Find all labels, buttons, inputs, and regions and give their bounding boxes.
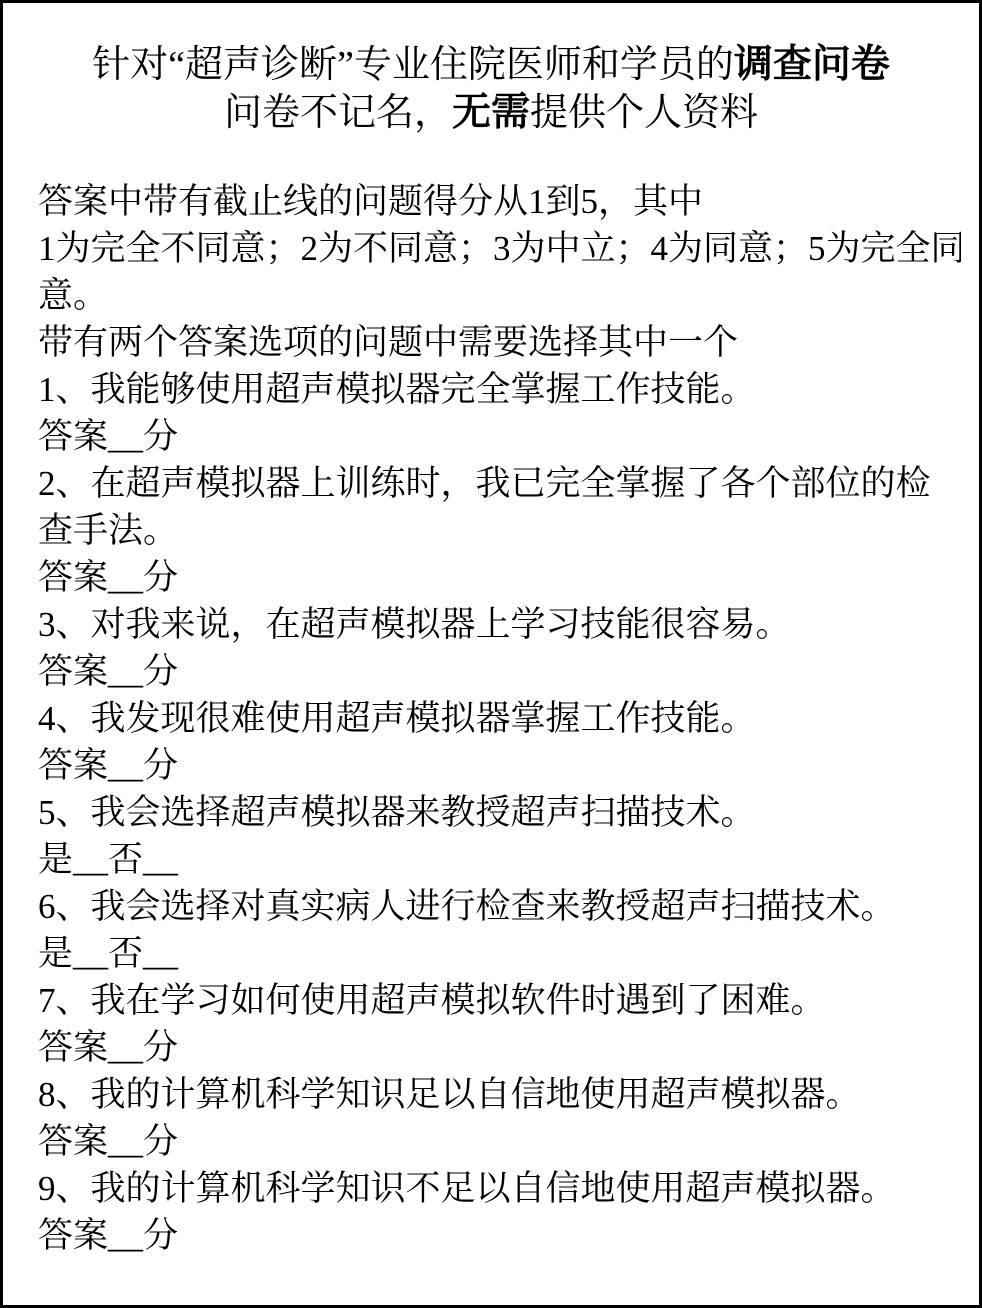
title-line1-regular-text: 针对“超声诊断”专业住院医师和学员的 (92, 44, 734, 86)
question-6-text: 6、我会选择对真实病人进行检查来教授超声扫描技术。 (38, 883, 961, 930)
question-8-text: 8、我的计算机科学知识足以自信地使用超声模拟器。 (38, 1071, 961, 1118)
question-3-answer-blank: 答案__分 (38, 648, 961, 695)
question-2-text-continued: 查手法。 (38, 507, 961, 554)
title-line1-bold-text: 调查问卷 (734, 43, 890, 86)
instructions-line-4: 带有两个答案选项的问题中需要选择其中一个 (38, 319, 961, 366)
question-8-answer-blank: 答案__分 (38, 1118, 961, 1165)
questionnaire-body: 答案中带有截止线的问题得分从1到5，其中 1为完全不同意；2为不同意；3为中立；… (38, 178, 961, 1259)
question-5-yes-no-blank: 是__否__ (38, 836, 961, 883)
question-1-text: 1、我能够使用超声模拟器完全掌握工作技能。 (38, 366, 961, 413)
question-7-answer-blank: 答案__分 (38, 1024, 961, 1071)
question-3-text: 3、对我来说，在超声模拟器上学习技能很容易。 (38, 601, 961, 648)
question-7-text: 7、我在学习如何使用超声模拟软件时遇到了困难。 (38, 977, 961, 1024)
instructions-line-2: 1为完全不同意；2为不同意；3为中立；4为同意；5为完全同 (38, 225, 961, 272)
question-4-text: 4、我发现很难使用超声模拟器掌握工作技能。 (38, 695, 961, 742)
title-line2-post-text: 提供个人资料 (530, 92, 758, 134)
title-block: 针对“超声诊断”专业住院医师和学员的调查问卷 问卷不记名，无需提供个人资料 (3, 41, 979, 137)
title-line-1: 针对“超声诊断”专业住院医师和学员的调查问卷 (3, 41, 979, 89)
title-line2-bold-text: 无需 (452, 91, 530, 134)
title-line-2: 问卷不记名，无需提供个人资料 (3, 89, 979, 137)
question-4-answer-blank: 答案__分 (38, 742, 961, 789)
instructions-line-3: 意。 (38, 272, 961, 319)
question-1-answer-blank: 答案__分 (38, 413, 961, 460)
question-6-yes-no-blank: 是__否__ (38, 930, 961, 977)
question-9-text: 9、我的计算机科学知识不足以自信地使用超声模拟器。 (38, 1165, 961, 1212)
title-line2-pre-text: 问卷不记名， (224, 92, 452, 134)
questionnaire-page: 针对“超声诊断”专业住院医师和学员的调查问卷 问卷不记名，无需提供个人资料 答案… (0, 0, 982, 1308)
question-2-answer-blank: 答案__分 (38, 554, 961, 601)
question-9-answer-blank: 答案__分 (38, 1212, 961, 1259)
question-5-text: 5、我会选择超声模拟器来教授超声扫描技术。 (38, 789, 961, 836)
question-2-text: 2、在超声模拟器上训练时，我已完全掌握了各个部位的检 (38, 460, 961, 507)
instructions-line-1: 答案中带有截止线的问题得分从1到5，其中 (38, 178, 961, 225)
